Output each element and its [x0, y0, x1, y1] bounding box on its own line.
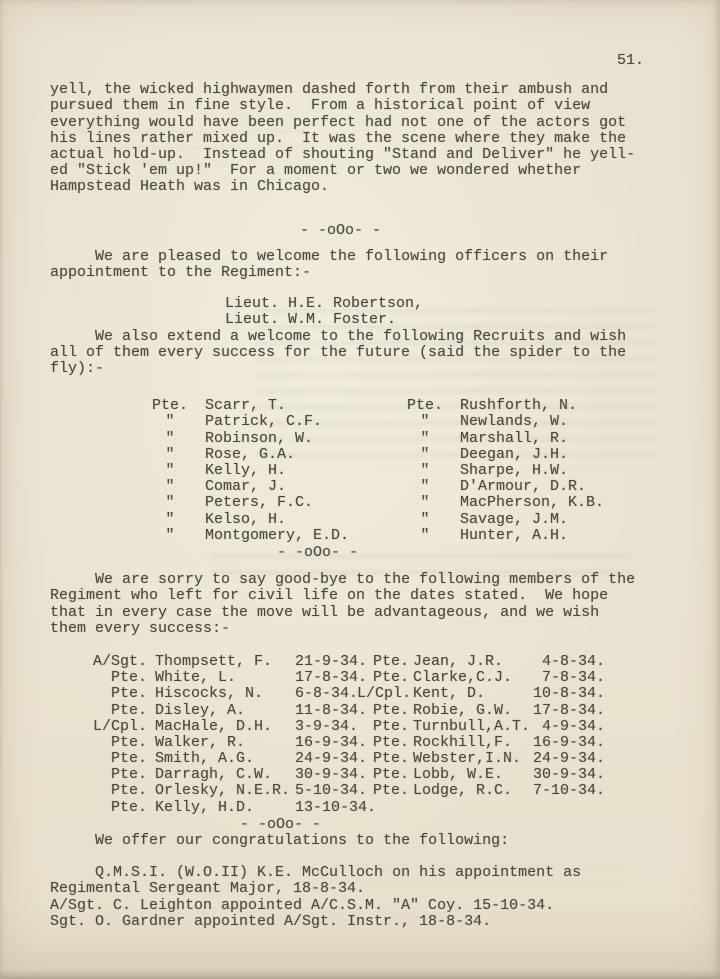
departure-name: Jean, J.R.: [409, 654, 515, 670]
page-number: 51.: [50, 53, 672, 69]
recruit-name: Montgomery, E.D.: [190, 528, 405, 544]
departure-name: Disley, A.: [147, 703, 295, 719]
departure-name: Orlesky, N.E.R.: [147, 783, 295, 799]
recruit-row: "Montgomery, E.D."Hunter, A.H.: [150, 528, 672, 544]
departure-name: MacHale, D.H.: [147, 719, 295, 735]
departure-date: 24-9-34.: [295, 751, 357, 767]
departure-name: Kelly, H.D.: [147, 800, 295, 816]
recruit-rank: ": [150, 479, 190, 495]
departure-rank: Pte.: [50, 751, 147, 767]
departure-date: 30-9-34.: [515, 767, 605, 783]
departure-date: 6-8-34.: [295, 686, 357, 702]
departures-table: A/Sgt.Thompsett, F.21-9-34.Pte.Jean, J.R…: [50, 654, 672, 816]
recruits-list: Pte.Scarr, T.Pte.Rushforth, N. "Patrick,…: [50, 398, 672, 544]
departure-name: Turnbull,A.T.: [409, 719, 515, 735]
departure-name: Walker, R.: [147, 735, 295, 751]
recruit-rank: ": [150, 431, 190, 447]
departure-name: Lodge, R.C.: [409, 783, 515, 799]
departure-rank: Pte.: [50, 767, 147, 783]
paragraph-congratulations-intro: We offer our congratulations to the foll…: [50, 833, 672, 849]
departure-date: 7-8-34.: [515, 670, 605, 686]
departure-rank: Pte.: [357, 670, 409, 686]
recruit-name: Hunter, A.H.: [445, 528, 672, 544]
departure-rank: Pte.: [357, 703, 409, 719]
paragraph-highwaymen: yell, the wicked highwaymen dashed forth…: [50, 82, 672, 195]
departure-row: Pte.Hiscocks, N.6-8-34.L/Cpl.Kent, D.10-…: [50, 686, 672, 702]
recruit-row: "Kelso, H."Savage, J.M.: [150, 512, 672, 528]
recruit-rank: ": [405, 431, 445, 447]
recruit-row: "Comar, J."D'Armour, D.R.: [150, 479, 672, 495]
recruit-rank: ": [405, 447, 445, 463]
departure-name: Clarke,C.J.: [409, 670, 515, 686]
recruit-row: Pte.Scarr, T.Pte.Rushforth, N.: [150, 398, 672, 414]
recruit-row: "Peters, F.C."MacPherson, K.B.: [150, 495, 672, 511]
recruit-name: Comar, J.: [190, 479, 405, 495]
recruit-rank: ": [405, 414, 445, 430]
departure-rank: Pte.: [357, 767, 409, 783]
departure-rank: L/Cpl.: [357, 686, 409, 702]
departure-row: Pte.Kelly, H.D.13-10-34.: [50, 800, 672, 816]
departure-date: 17-8-34.: [515, 703, 605, 719]
section-divider: - -oOo- -: [300, 223, 672, 239]
recruit-name: MacPherson, K.B.: [445, 495, 672, 511]
recruit-row: "Robinson, W."Marshall, R.: [150, 431, 672, 447]
recruit-rank: ": [405, 512, 445, 528]
departure-row: Pte.Darragh, C.W.30-9-34.Pte.Lobb, W.E.3…: [50, 767, 672, 783]
departure-rank: Pte.: [357, 735, 409, 751]
departure-name: Rockhill,F.: [409, 735, 515, 751]
departure-rank: A/Sgt.: [50, 654, 147, 670]
section-divider: - -oOo- -: [277, 545, 672, 561]
recruit-name: Patrick, C.F.: [190, 414, 405, 430]
departure-rank: Pte.: [50, 686, 147, 702]
recruit-name: Marshall, R.: [445, 431, 672, 447]
recruit-row: "Rose, G.A."Deegan, J.H.: [150, 447, 672, 463]
paragraph-congratulations-detail: Q.M.S.I. (W.O.II) K.E. McCulloch on his …: [50, 865, 672, 930]
departure-date: 11-8-34.: [295, 703, 357, 719]
recruit-rank: ": [405, 528, 445, 544]
recruit-name: D'Armour, D.R.: [445, 479, 672, 495]
departure-rank: Pte.: [357, 654, 409, 670]
recruit-name: Kelso, H.: [190, 512, 405, 528]
departure-rank: Pte.: [357, 783, 409, 799]
departure-date: 4-9-34.: [515, 719, 605, 735]
departure-date: 30-9-34.: [295, 767, 357, 783]
departure-date: 17-8-34.: [295, 670, 357, 686]
recruit-rank: ": [150, 512, 190, 528]
departure-date: 7-10-34.: [515, 783, 605, 799]
recruit-rank: ": [150, 414, 190, 430]
officers-list: Lieut. H.E. Robertson, Lieut. W.M. Foste…: [225, 296, 672, 328]
paragraph-welcome-officers: We are pleased to welcome the following …: [50, 249, 672, 281]
departure-rank: Pte.: [50, 783, 147, 799]
recruit-name: Savage, J.M.: [445, 512, 672, 528]
departure-row: A/Sgt.Thompsett, F.21-9-34.Pte.Jean, J.R…: [50, 654, 672, 670]
departure-row: Pte.White, L.17-8-34.Pte.Clarke,C.J.7-8-…: [50, 670, 672, 686]
departure-rank: Pte.: [50, 735, 147, 751]
recruit-rank: ": [150, 495, 190, 511]
departure-rank: [357, 800, 409, 816]
recruit-rank: ": [405, 495, 445, 511]
recruit-rank: ": [150, 447, 190, 463]
departure-date: 10-8-34.: [515, 686, 605, 702]
officer-item: Lieut. H.E. Robertson,: [225, 296, 672, 312]
departure-name: White, L.: [147, 670, 295, 686]
departure-name: [409, 800, 515, 816]
departure-row: L/Cpl.MacHale, D.H.3-9-34.Pte.Turnbull,A…: [50, 719, 672, 735]
recruit-row: "Patrick, C.F."Newlands, W.: [150, 414, 672, 430]
departure-row: Pte.Disley, A.11-8-34.Pte.Robie, G.W.17-…: [50, 703, 672, 719]
departure-date: 5-10-34.: [295, 783, 357, 799]
recruit-rank: ": [150, 528, 190, 544]
recruit-row: "Kelly, H."Sharpe, H.W.: [150, 463, 672, 479]
departure-name: Robie, G.W.: [409, 703, 515, 719]
departure-row: Pte.Orlesky, N.E.R.5-10-34.Pte.Lodge, R.…: [50, 783, 672, 799]
paragraph-goodbye: We are sorry to say good-bye to the foll…: [50, 572, 672, 637]
departure-name: Kent, D.: [409, 686, 515, 702]
document-page: 51. yell, the wicked highwaymen dashed f…: [0, 0, 720, 979]
departure-date: 16-9-34.: [295, 735, 357, 751]
departure-rank: Pte.: [50, 670, 147, 686]
recruit-rank: ": [405, 479, 445, 495]
section-divider: - -oOo- -: [240, 817, 672, 833]
recruit-name: Deegan, J.H.: [445, 447, 672, 463]
departure-rank: Pte.: [357, 751, 409, 767]
departure-rank: Pte.: [50, 703, 147, 719]
departure-row: Pte.Smith, A.G.24-9-34.Pte.Webster,I.N.2…: [50, 751, 672, 767]
departure-date: [515, 800, 605, 816]
departure-date: 13-10-34.: [295, 800, 357, 816]
recruit-rank: ": [150, 463, 190, 479]
recruit-rank: ": [405, 463, 445, 479]
departure-name: Smith, A.G.: [147, 751, 295, 767]
recruit-name: Peters, F.C.: [190, 495, 405, 511]
departure-name: Thompsett, F.: [147, 654, 295, 670]
recruit-name: Rose, G.A.: [190, 447, 405, 463]
departure-date: 16-9-34.: [515, 735, 605, 751]
paragraph-welcome-recruits: We also extend a welcome to the followin…: [50, 329, 672, 378]
departure-rank: Pte.: [357, 719, 409, 735]
recruit-name: Kelly, H.: [190, 463, 405, 479]
recruit-name: Sharpe, H.W.: [445, 463, 672, 479]
departure-rank: L/Cpl.: [50, 719, 147, 735]
departure-rank: Pte.: [50, 800, 147, 816]
departure-date: 24-9-34.: [515, 751, 605, 767]
departure-date: 21-9-34.: [295, 654, 357, 670]
departure-name: Webster,I.N.: [409, 751, 515, 767]
recruit-name: Newlands, W.: [445, 414, 672, 430]
departure-date: 4-8-34.: [515, 654, 605, 670]
departure-row: Pte.Walker, R.16-9-34.Pte.Rockhill,F.16-…: [50, 735, 672, 751]
page-content: 51. yell, the wicked highwaymen dashed f…: [50, 53, 672, 930]
recruit-name: Robinson, W.: [190, 431, 405, 447]
departure-date: 3-9-34.: [295, 719, 357, 735]
departure-name: Hiscocks, N.: [147, 686, 295, 702]
officer-item: Lieut. W.M. Foster.: [225, 312, 672, 328]
